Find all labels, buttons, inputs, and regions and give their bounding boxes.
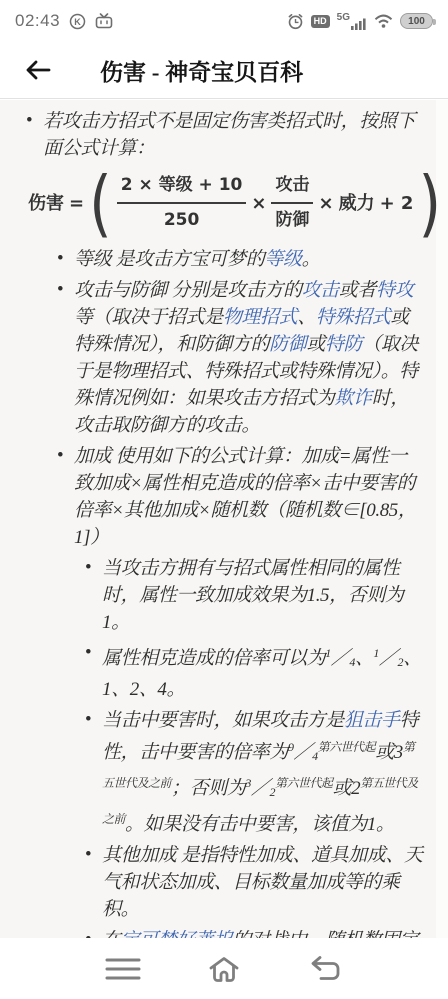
text-segment: 。如果没有击中要害，该值为1。	[125, 814, 395, 835]
svg-text:K: K	[74, 17, 81, 27]
text-segment: ／	[251, 778, 270, 799]
list-item: •在宝可梦好莱坞的对战中，随机数固定为1。	[85, 927, 424, 938]
text-segment: 当击中要害时，如果攻击方是	[102, 710, 344, 731]
bullet-marker: •	[85, 554, 91, 581]
fraction-level: 2 × 等级 + 10 250	[117, 172, 247, 234]
wiki-link[interactable]: 特殊招式	[316, 307, 390, 328]
text-segment: 第六世代起	[275, 776, 333, 790]
article-content: • 若攻击方招式不是固定伤害类招式时，按照下面公式计算： 伤害 = ( 2 × …	[0, 100, 448, 938]
bullet-marker: •	[85, 926, 91, 938]
list-item: •加成 使用如下的公式计算：加成=属性一致加成×属性相克造成的倍率×击中要害的倍…	[57, 443, 424, 551]
text-segment: 在	[102, 930, 121, 938]
wiki-link[interactable]: 防御	[269, 334, 306, 355]
wiki-link[interactable]: 等级	[264, 249, 301, 270]
text-segment: 、	[297, 307, 316, 328]
formula-equals: =	[69, 190, 84, 217]
times-sign: ×	[318, 190, 333, 217]
clock-time: 02:43	[15, 11, 60, 31]
list-item: •属性相克造成的倍率可以为1／4、1／2、1、2、4。	[85, 640, 424, 703]
text-segment: 攻击与防御 分别是攻击方的	[74, 280, 302, 301]
wiki-link[interactable]: 欺诈	[334, 388, 371, 409]
k-circle-icon: K	[69, 13, 86, 30]
text-segment: 属性相克造成的倍率可以为	[102, 648, 325, 669]
bullet-list: •等级 是攻击方宝可梦的等级。•攻击与防御 分别是攻击方的攻击或者特攻等（取决于…	[26, 246, 424, 938]
wiki-link[interactable]: 物理招式	[223, 307, 297, 328]
wifi-icon	[374, 14, 393, 28]
signal-bars-icon	[351, 16, 367, 30]
text-segment: 当攻击方拥有与招式属性相同的属性时，属性一致加成效果为1.5，否则为1。	[102, 558, 404, 633]
open-paren: (	[89, 166, 112, 241]
bullet-marker: •	[85, 841, 91, 868]
app-header: 伤害 - 神奇宝贝百科	[0, 42, 448, 99]
text-segment: ／	[379, 648, 398, 669]
list-item: •当攻击方拥有与招式属性相同的属性时，属性一致加成效果为1.5，否则为1。	[85, 555, 424, 636]
close-paren: )	[418, 166, 441, 241]
text-segment: 其他加成 是指特性加成、道具加成、天气和状态加成、目标数量加成等的乘积。	[102, 845, 423, 920]
formula-plus-two: + 2	[380, 190, 414, 217]
back-arrow-icon[interactable]	[24, 55, 58, 85]
wiki-link[interactable]: 特攻	[376, 280, 413, 301]
text-segment: ／	[294, 742, 313, 763]
text-segment: 等级 是攻击方宝可梦的	[74, 249, 264, 270]
battery-indicator: 100	[400, 13, 433, 29]
text-segment: 或2	[333, 778, 361, 799]
wiki-link[interactable]: 宝可梦好莱坞	[121, 930, 233, 938]
tv-icon	[95, 13, 113, 29]
damage-formula: 伤害 = ( 2 × 等级 + 10 250 × 攻击 防御 × 威力 + 2 …	[28, 172, 424, 234]
text-segment: ；否则为	[171, 778, 245, 799]
bullet-marker: •	[26, 107, 32, 134]
list-item: • 若攻击方招式不是固定伤害类招式时，按照下面公式计算：	[26, 108, 424, 162]
text-segment: 第六世代起	[318, 740, 376, 754]
text-segment: 或	[306, 334, 325, 355]
formula-power: 威力	[339, 190, 375, 217]
battery-percent: 100	[408, 16, 425, 27]
menu-icon[interactable]	[104, 952, 142, 986]
alarm-icon	[287, 13, 304, 30]
text-segment: 、	[355, 648, 374, 669]
list-item: •其他加成 是指特性加成、道具加成、天气和状态加成、目标数量加成等的乘积。	[85, 842, 424, 923]
status-bar: 02:43 K HD 5G	[0, 0, 448, 42]
text-segment: 等（取决于招式是	[74, 307, 223, 328]
text-segment: 加成 使用如下的公式计算：加成=属性一致加成×属性相克造成的倍率×击中要害的倍率…	[74, 446, 417, 548]
home-icon[interactable]	[205, 952, 243, 986]
times-sign: ×	[251, 190, 266, 217]
formula-lhs: 伤害	[28, 190, 64, 217]
wiki-link[interactable]: 攻击	[302, 280, 339, 301]
list-item: •等级 是攻击方宝可梦的等级。	[57, 246, 424, 273]
text-segment: 或3	[375, 742, 403, 763]
bullet-marker: •	[85, 706, 91, 733]
wiki-link[interactable]: 特防	[325, 334, 362, 355]
android-nav-bar	[0, 938, 448, 999]
text-segment: ／	[331, 648, 350, 669]
bullet-marker: •	[85, 639, 91, 666]
wiki-link[interactable]: 狙击手	[344, 710, 400, 731]
back-nav-icon[interactable]	[306, 952, 344, 986]
hd-badge: HD	[311, 15, 330, 28]
text-segment: 。	[302, 249, 321, 270]
list-item: •攻击与防御 分别是攻击方的攻击或者特攻等（取决于招式是物理招式、特殊招式或特殊…	[57, 277, 424, 439]
page-title: 伤害 - 神奇宝贝百科	[100, 54, 303, 87]
fraction-atk-def: 攻击 防御	[271, 172, 313, 234]
bullet-marker: •	[57, 442, 63, 469]
intro-text: 若攻击方招式不是固定伤害类招式时，按照下面公式计算：	[43, 111, 415, 159]
text-segment: 或者	[339, 280, 376, 301]
bullet-marker: •	[57, 276, 63, 303]
list-item: •当击中要害时，如果攻击方是狙击手特性，击中要害的倍率为9／4第六世代起或3第五…	[85, 707, 424, 838]
signal-5g-icon: 5G	[337, 12, 367, 30]
bullet-marker: •	[57, 245, 63, 272]
